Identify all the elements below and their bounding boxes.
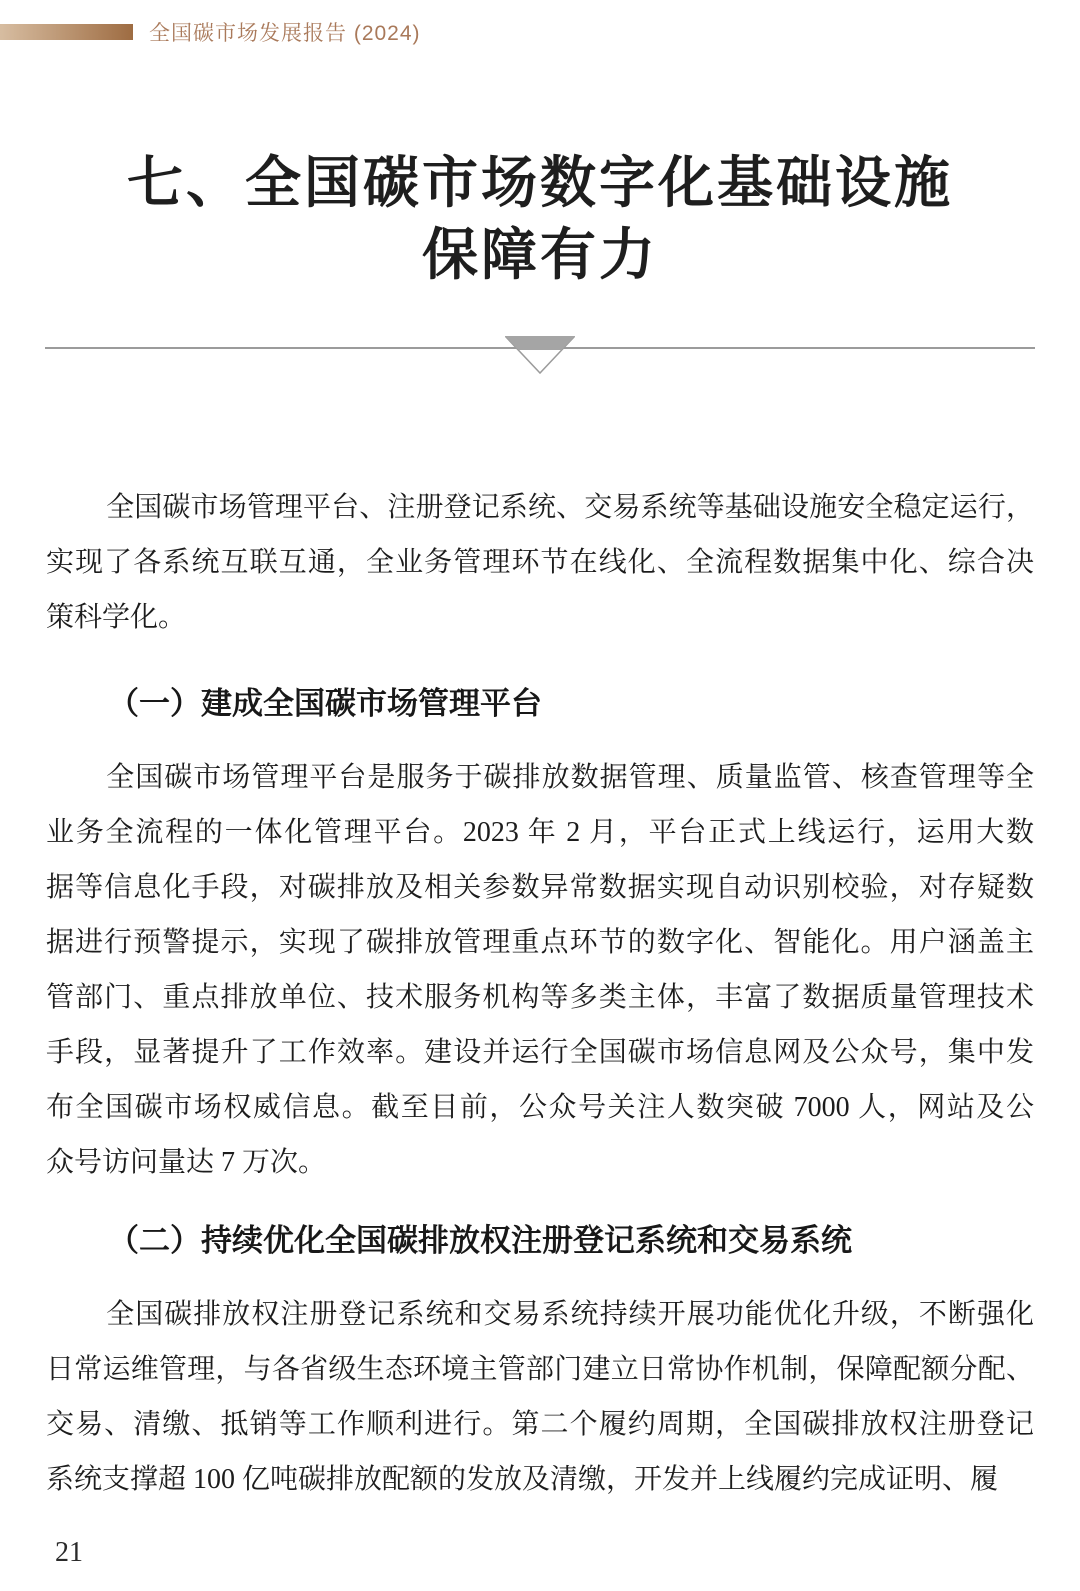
paragraph-line: 布全国碳市场权威信息。截至目前，公众号关注人数突破 7000 人，网站及公 <box>46 1080 1034 1135</box>
paragraph-line: 日常运维管理，与各省级生态环境主管部门建立日常协作机制，保障配额分配、 <box>46 1342 1034 1397</box>
page-number: 21 <box>55 1537 83 1569</box>
section-1-paragraph: 全国碳市场管理平台是服务于碳排放数据管理、质量监管、核查管理等全 业务全流程的一… <box>46 750 1034 1190</box>
paragraph-line: 众号访问量达 7 万次。 <box>46 1135 1034 1190</box>
paragraph-line: 全国碳排放权注册登记系统和交易系统持续开展功能优化升级，不断强化 <box>46 1287 1034 1342</box>
chapter-title: 七、全国碳市场数字化基础设施 保障有力 <box>0 148 1080 292</box>
paragraph-line: 系统支撑超 100 亿吨碳排放配额的发放及清缴，开发并上线履约完成证明、履 <box>46 1452 1034 1507</box>
report-title: 全国碳市场发展报告 (2024) <box>149 17 421 47</box>
paragraph-line: 全国碳市场管理平台、注册登记系统、交易系统等基础设施安全稳定运行， <box>46 480 1034 535</box>
divider-triangle-icon <box>505 336 575 376</box>
paragraph-line: 实现了各系统互联互通，全业务管理环节在线化、全流程数据集中化、综合决 <box>46 535 1034 590</box>
paragraph-line: 策科学化。 <box>46 590 1034 645</box>
chapter-title-line1: 七、全国碳市场数字化基础设施 <box>0 148 1080 220</box>
section-2-paragraph: 全国碳排放权注册登记系统和交易系统持续开展功能优化升级，不断强化 日常运维管理，… <box>46 1287 1034 1507</box>
paragraph-line: 据进行预警提示，实现了碳排放管理重点环节的数字化、智能化。用户涵盖主 <box>46 915 1034 970</box>
document-page: 全国碳市场发展报告 (2024) 七、全国碳市场数字化基础设施 保障有力 全国碳… <box>0 0 1080 1591</box>
chapter-title-line2: 保障有力 <box>0 220 1080 292</box>
header-accent-bar <box>0 24 133 40</box>
paragraph-line: 业务全流程的一体化管理平台。2023 年 2 月，平台正式上线运行，运用大数 <box>46 805 1034 860</box>
running-header: 全国碳市场发展报告 (2024) <box>0 22 1080 42</box>
body-text: 全国碳市场管理平台、注册登记系统、交易系统等基础设施安全稳定运行， 实现了各系统… <box>46 480 1034 1507</box>
paragraph-line: 全国碳市场管理平台是服务于碳排放数据管理、质量监管、核查管理等全 <box>46 750 1034 805</box>
intro-paragraph: 全国碳市场管理平台、注册登记系统、交易系统等基础设施安全稳定运行， 实现了各系统… <box>46 480 1034 645</box>
section-heading-2: （二）持续优化全国碳排放权注册登记系统和交易系统 <box>46 1219 1034 1263</box>
paragraph-line: 据等信息化手段，对碳排放及相关参数异常数据实现自动识别校验，对存疑数 <box>46 860 1034 915</box>
paragraph-line: 管部门、重点排放单位、技术服务机构等多类主体，丰富了数据质量管理技术 <box>46 970 1034 1025</box>
paragraph-line: 手段，显著提升了工作效率。建设并运行全国碳市场信息网及公众号，集中发 <box>46 1025 1034 1080</box>
paragraph-line: 交易、清缴、抵销等工作顺利进行。第二个履约周期，全国碳排放权注册登记 <box>46 1397 1034 1452</box>
section-heading-1: （一）建成全国碳市场管理平台 <box>46 682 1034 726</box>
